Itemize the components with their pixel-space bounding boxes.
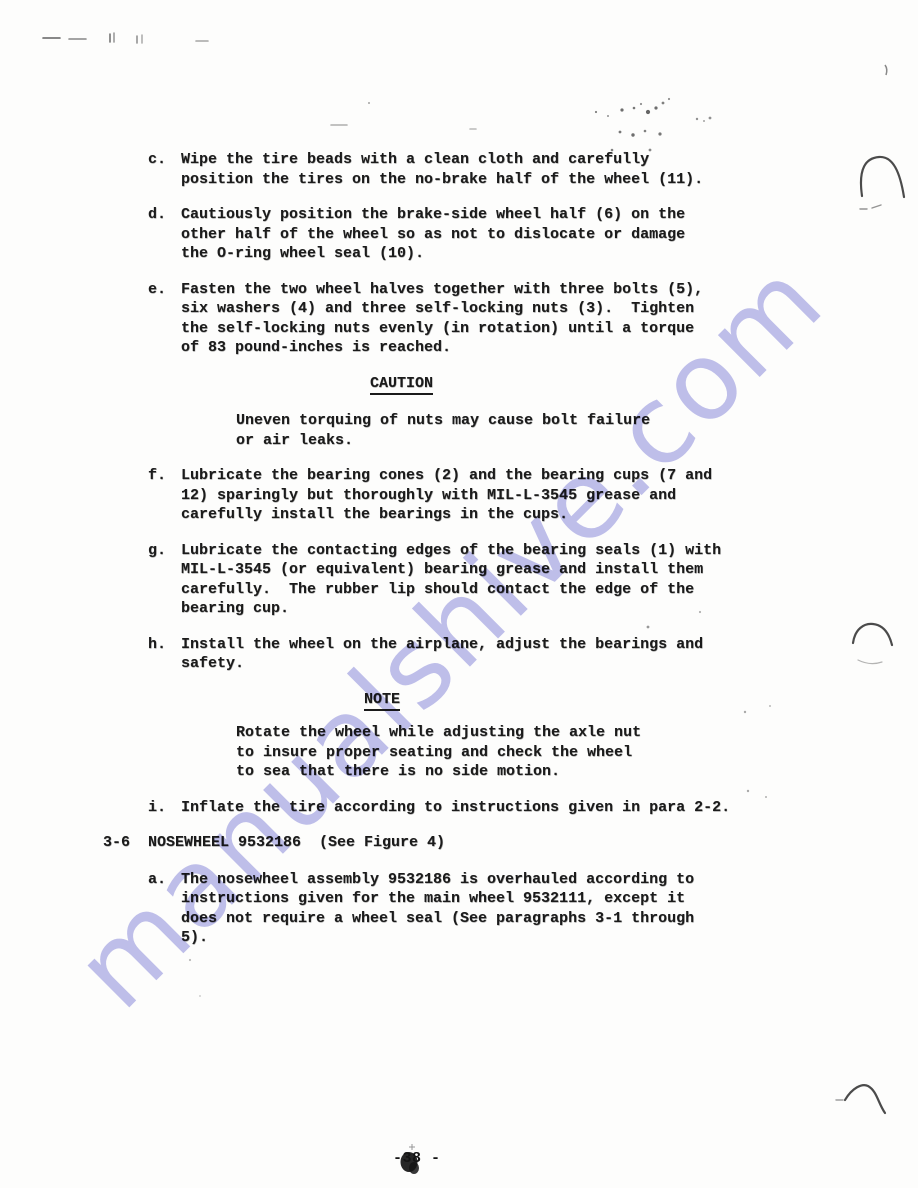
item-a-text: The nosewheel assembly 9532186 is overha…: [181, 870, 761, 948]
item-g-text: Lubricate the contacting edges of the be…: [181, 541, 761, 619]
item-d-text: Cautiously position the brake-side wheel…: [181, 205, 761, 264]
section-heading-3-6: 3-6 NOSEWHEEL 9532186 (See Figure 4): [103, 833, 788, 853]
pen-mark-arcs: [836, 157, 904, 1113]
item-h-label: h.: [148, 635, 181, 674]
item-e-text: Fasten the two wheel halves together wit…: [181, 280, 761, 358]
item-i-label: i.: [148, 798, 181, 818]
note-heading: NOTE: [364, 690, 400, 712]
page-number: -38 -: [393, 1150, 441, 1167]
caution-heading: CAUTION: [370, 374, 433, 396]
list-item-f: f. Lubricate the bearing cones (2) and t…: [148, 466, 788, 525]
item-d-label: d.: [148, 205, 181, 264]
list-item-e: e. Fasten the two wheel halves together …: [148, 280, 788, 358]
note-block: NOTE Rotate the wheel while adjusting th…: [148, 690, 788, 782]
item-h-text: Install the wheel on the airplane, adjus…: [181, 635, 761, 674]
item-g-label: g.: [148, 541, 181, 619]
scanned-manual-page: manualshive.com c. Wipe the tire beads w…: [0, 0, 918, 1188]
section-number: 3-6: [103, 833, 148, 853]
note-body: Rotate the wheel while adjusting the axl…: [236, 723, 788, 782]
list-item-d: d. Cautiously position the brake-side wh…: [148, 205, 788, 264]
list-item-h: h. Install the wheel on the airplane, ad…: [148, 635, 788, 674]
caution-body: Uneven torquing of nuts may cause bolt f…: [236, 411, 788, 450]
list-item-g: g. Lubricate the contacting edges of the…: [148, 541, 788, 619]
list-item-c: c. Wipe the tire beads with a clean clot…: [148, 150, 788, 189]
item-f-text: Lubricate the bearing cones (2) and the …: [181, 466, 761, 525]
item-e-label: e.: [148, 280, 181, 358]
item-a-label: a.: [148, 870, 181, 948]
item-c-text: Wipe the tire beads with a clean cloth a…: [181, 150, 761, 189]
item-i-text: Inflate the tire according to instructio…: [181, 798, 761, 818]
page-content: c. Wipe the tire beads with a clean clot…: [0, 0, 788, 948]
item-c-label: c.: [148, 150, 181, 189]
list-item-a: a. The nosewheel assembly 9532186 is ove…: [148, 870, 788, 948]
list-item-i: i. Inflate the tire according to instruc…: [148, 798, 788, 818]
caution-block: CAUTION Uneven torquing of nuts may caus…: [148, 374, 788, 451]
item-f-label: f.: [148, 466, 181, 525]
section-title: NOSEWHEEL 9532186 (See Figure 4): [148, 833, 445, 853]
